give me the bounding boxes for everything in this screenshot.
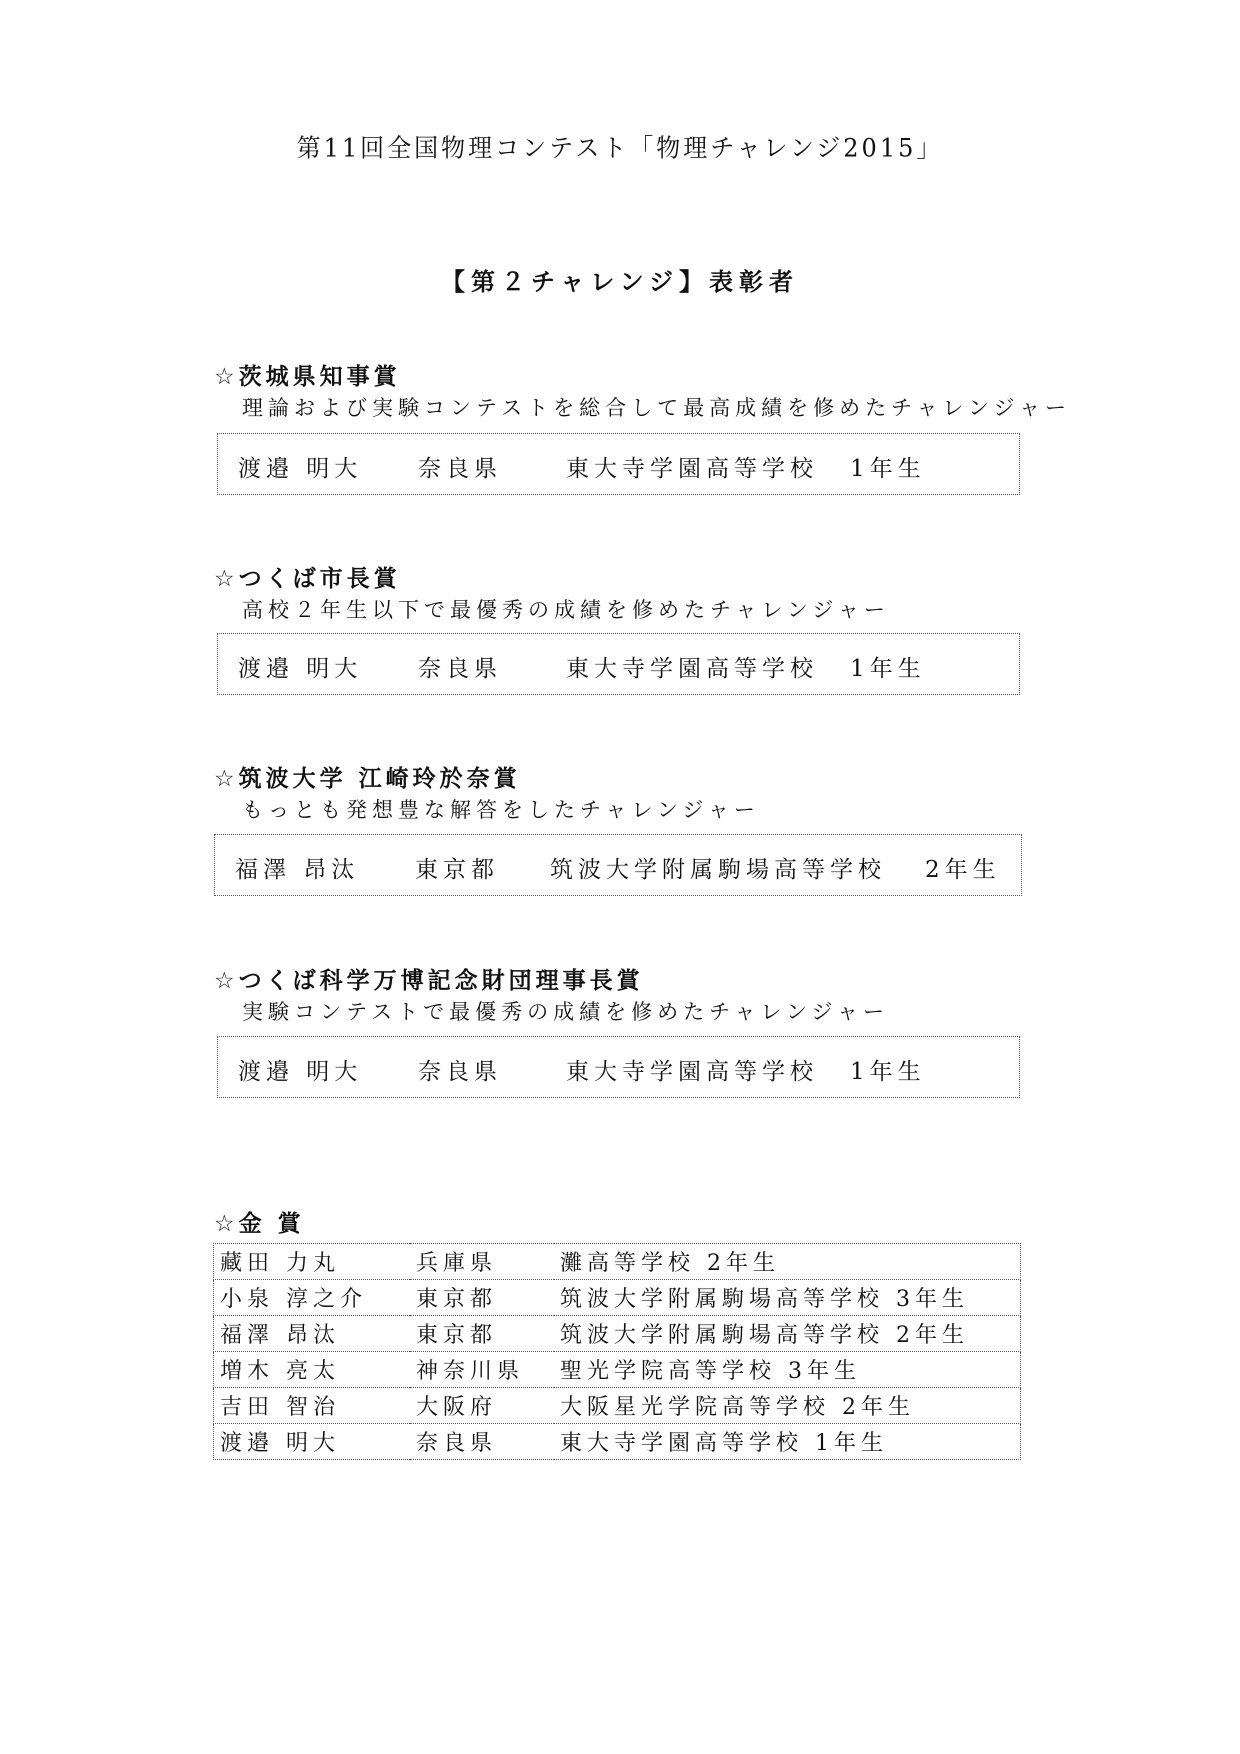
winner-prefecture: 東京都 [410, 1280, 554, 1316]
winner-name: 藏田 力丸 [214, 1244, 411, 1280]
award-heading: ☆茨城県知事賞 [214, 358, 401, 391]
table-row: 渡邉 明大 奈良県 東大寺学園高等学校 1年生 [214, 1424, 1021, 1460]
winner-prefecture: 東京都 [415, 851, 499, 884]
winner-school: 筑波大学附属駒場高等学校 [550, 851, 886, 884]
winner-box: 渡邉 明大 奈良県 東大寺学園高等学校 1年生 [217, 1036, 1020, 1098]
winner-name: 小泉 淳之介 [214, 1280, 411, 1316]
table-row: 吉田 智治 大阪府 大阪星光学院高等学校 2年生 [214, 1388, 1021, 1424]
winner-box: 渡邉 明大 奈良県 東大寺学園高等学校 1年生 [217, 633, 1020, 695]
winner-prefecture: 東京都 [410, 1316, 554, 1352]
award-heading: ☆つくば科学万博記念財団理事長賞 [214, 962, 644, 995]
winner-grade: 1年生 [850, 650, 926, 683]
table-row: 増木 亮太 神奈川県 聖光学院高等学校 3年生 [214, 1352, 1021, 1388]
winner-school-grade: 東大寺学園高等学校 1年生 [554, 1424, 1021, 1460]
winner-name: 渡邉 明大 [238, 650, 362, 683]
winner-prefecture: 奈良県 [418, 650, 502, 683]
winner-name: 渡邉 明大 [238, 450, 362, 483]
winner-prefecture: 大阪府 [410, 1388, 554, 1424]
winner-box: 福澤 昂汰 東京都 筑波大学附属駒場高等学校 2年生 [214, 834, 1022, 896]
winner-box: 渡邉 明大 奈良県 東大寺学園高等学校 1年生 [217, 433, 1020, 495]
winner-name: 福澤 昂汰 [235, 851, 359, 884]
winner-school: 東大寺学園高等学校 [566, 1053, 818, 1086]
winner-name: 渡邉 明大 [214, 1424, 411, 1460]
gold-award-table: 藏田 力丸 兵庫県 灘高等学校 2年生 小泉 淳之介 東京都 筑波大学附属駒場高… [213, 1243, 1021, 1460]
award-description: 実験コンテストで最優秀の成績を修めたチャレンジャー [242, 996, 889, 1026]
award-description: 高校２年生以下で最優秀の成績を修めたチャレンジャー [242, 594, 890, 624]
winner-school-grade: 筑波大学附属駒場高等学校 3年生 [554, 1280, 1021, 1316]
winner-school-grade: 聖光学院高等学校 3年生 [554, 1352, 1021, 1388]
award-heading: ☆つくば市長賞 [214, 560, 401, 593]
table-row: 藏田 力丸 兵庫県 灘高等学校 2年生 [214, 1244, 1021, 1280]
award-description: もっとも発想豊な解答をしたチャレンジャー [242, 794, 760, 824]
award-description: 理論および実験コンテストを総合して最高成績を修めたチャレンジャー [242, 392, 1071, 422]
winner-grade: 1年生 [850, 450, 926, 483]
winner-name: 渡邉 明大 [238, 1053, 362, 1086]
winner-name: 吉田 智治 [214, 1388, 411, 1424]
winner-prefecture: 奈良県 [418, 450, 502, 483]
winner-grade: 2年生 [925, 851, 1001, 884]
winner-prefecture: 奈良県 [410, 1424, 554, 1460]
winner-prefecture: 奈良県 [418, 1053, 502, 1086]
document-title: 第11回全国物理コンテスト「物理チャレンジ2015」 [0, 127, 1240, 164]
winner-name: 増木 亮太 [214, 1352, 411, 1388]
award-heading: ☆筑波大学 江崎玲於奈賞 [214, 760, 521, 793]
winner-school-grade: 大阪星光学院高等学校 2年生 [554, 1388, 1021, 1424]
winner-school-grade: 筑波大学附属駒場高等学校 2年生 [554, 1316, 1021, 1352]
winner-prefecture: 神奈川県 [410, 1352, 554, 1388]
winner-school: 東大寺学園高等学校 [566, 450, 818, 483]
winner-name: 福澤 昂汰 [214, 1316, 411, 1352]
winner-school: 東大寺学園高等学校 [566, 650, 818, 683]
winner-prefecture: 兵庫県 [410, 1244, 554, 1280]
table-row: 福澤 昂汰 東京都 筑波大学附属駒場高等学校 2年生 [214, 1316, 1021, 1352]
winner-grade: 1年生 [850, 1053, 926, 1086]
gold-award-heading: ☆金 賞 [214, 1205, 305, 1238]
table-row: 小泉 淳之介 東京都 筑波大学附属駒場高等学校 3年生 [214, 1280, 1021, 1316]
winner-school-grade: 灘高等学校 2年生 [554, 1244, 1021, 1280]
document-subtitle: 【第２チャレンジ】表彰者 [0, 262, 1240, 297]
